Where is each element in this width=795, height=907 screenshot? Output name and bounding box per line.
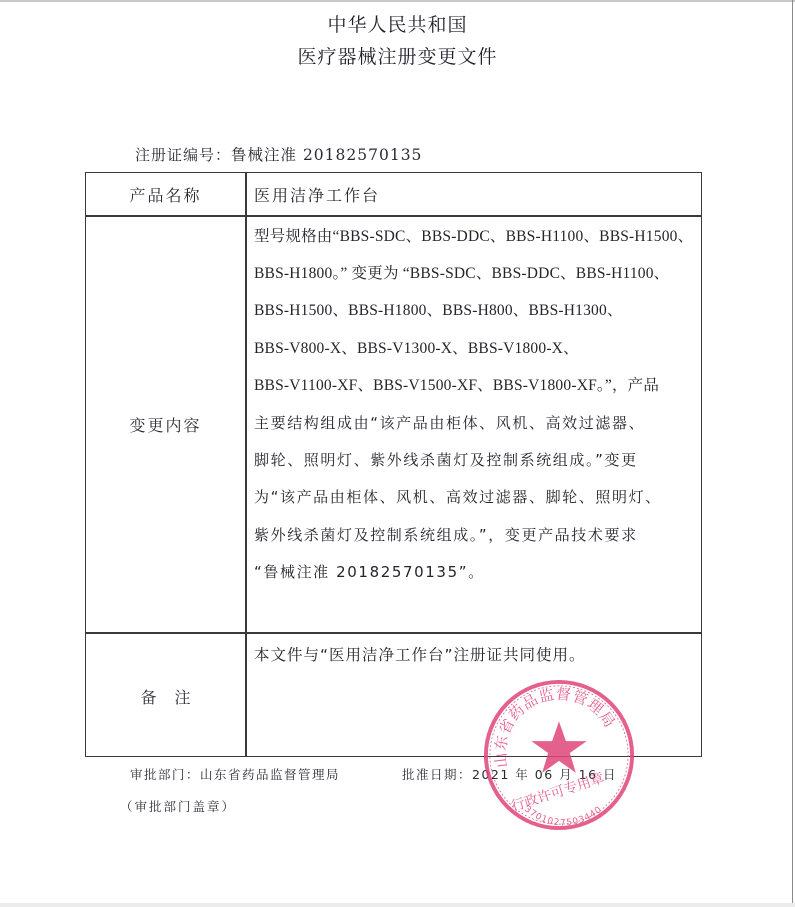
svg-text:行政许可专用章: 行政许可专用章 bbox=[509, 769, 606, 815]
row-divider bbox=[86, 632, 701, 634]
change-content-value: 型号规格由“BBS-SDC、BBS-DDC、BBS-H1100、BBS-H150… bbox=[254, 223, 699, 595]
official-seal-icon: 山东省药品监督管理局 行政许可专用章 3701027503440 bbox=[480, 676, 638, 834]
bottom-border bbox=[0, 903, 795, 907]
product-name-label: 产品名称 bbox=[86, 183, 245, 206]
content-line: BBS-H1800。” 变更为 “BBS-SDC、BBS-DDC、BBS-H11… bbox=[254, 260, 699, 297]
change-table: 产品名称 医用洁净工作台 变更内容 型号规格由“BBS-SDC、BBS-DDC、… bbox=[85, 172, 702, 757]
remarks-label: 备注 bbox=[86, 685, 245, 708]
product-name-value: 医用洁净工作台 bbox=[254, 183, 699, 206]
remarks-value: 本文件与“医用洁净工作台”注册证共同使用。 bbox=[254, 643, 699, 665]
content-line: 为“该产品由柜体、风机、高效过滤器、脚轮、照明灯、 bbox=[254, 483, 699, 520]
column-divider bbox=[245, 173, 247, 756]
approval-department: 审批部门：山东省药品监督管理局 bbox=[130, 765, 340, 783]
registration-number-value: 鲁械注准 20182570135 bbox=[231, 146, 422, 164]
content-line: BBS-V1100-XF、BBS-V1500-XF、BBS-V1800-XF。”… bbox=[254, 372, 699, 409]
change-content-label: 变更内容 bbox=[86, 413, 245, 436]
content-line: BBS-V800-X、BBS-V1300-X、BBS-V1800-X、 bbox=[254, 335, 699, 372]
registration-number: 注册证编号：鲁械注准 20182570135 bbox=[135, 143, 422, 165]
registration-number-label: 注册证编号： bbox=[135, 146, 231, 164]
right-border bbox=[792, 0, 793, 903]
stamp-note: （审批部门盖章） bbox=[120, 797, 236, 815]
top-border bbox=[0, 0, 795, 2]
content-line: 脚轮、照明灯、紫外线杀菌灯及控制系统组成。”变更 bbox=[254, 446, 699, 483]
content-line: 主要结构组成由“该产品由柜体、风机、高效过滤器、 bbox=[254, 409, 699, 446]
content-line: “鲁械注准 20182570135”。 bbox=[254, 558, 699, 595]
row-divider bbox=[86, 215, 701, 217]
content-line: 紫外线杀菌灯及控制系统组成。”，变更产品技术要求 bbox=[254, 521, 699, 558]
document-title: 医疗器械注册变更文件 bbox=[0, 42, 795, 69]
document-title-country: 中华人民共和国 bbox=[0, 10, 795, 37]
content-line: 型号规格由“BBS-SDC、BBS-DDC、BBS-H1100、BBS-H150… bbox=[254, 223, 699, 260]
content-line: BBS-H1500、BBS-H1800、BBS-H800、BBS-H1300、 bbox=[254, 297, 699, 334]
